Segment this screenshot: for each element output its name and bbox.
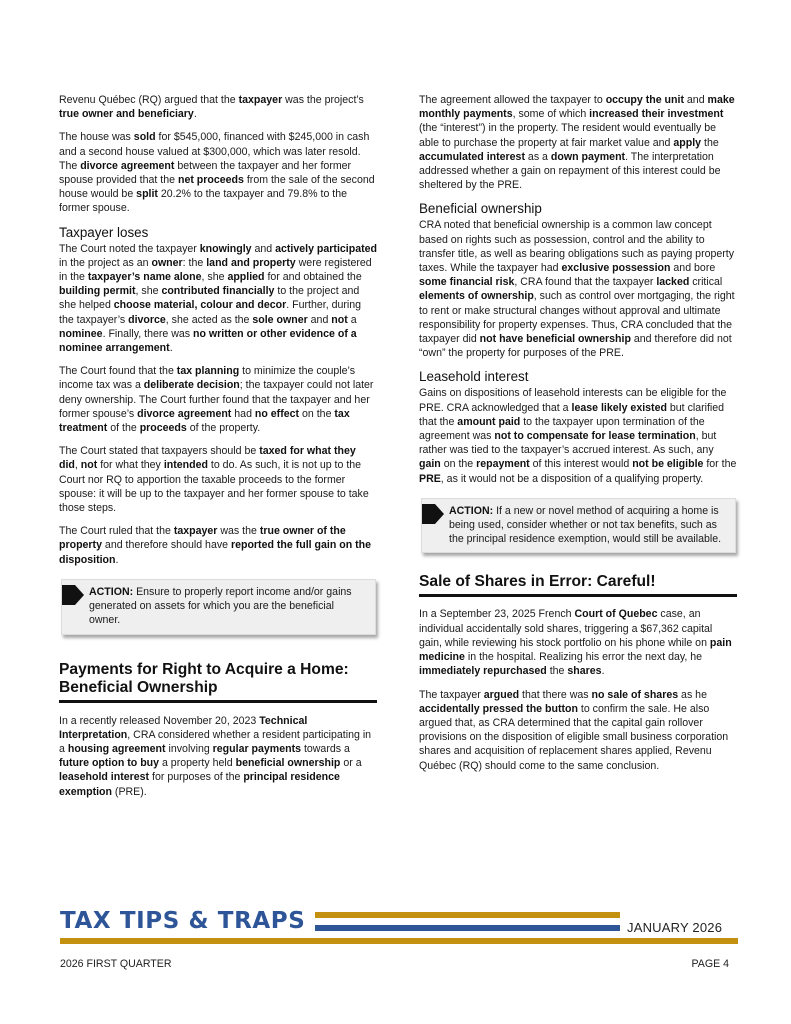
subheading-taxpayer-loses: Taxpayer loses xyxy=(59,225,377,241)
action-label: ACTION: xyxy=(89,586,133,598)
section-title-payments-right-to-acquire: Payments for Right to Acquire a Home: Be… xyxy=(59,661,377,703)
left-column: Revenu Québec (RQ) argued that the taxpa… xyxy=(59,93,377,808)
action-callout-report-income: ACTION: Ensure to properly report income… xyxy=(61,579,376,635)
paragraph-house-sale: The house was sold for $545,000, finance… xyxy=(59,130,377,215)
footer-blue-bar xyxy=(315,925,620,931)
page-number: PAGE 4 xyxy=(692,958,730,970)
paragraph-agreement-allowed: The agreement allowed the taxpayer to oc… xyxy=(419,93,737,192)
paragraph-taxpayer-argued: The taxpayer argued that there was no sa… xyxy=(419,688,737,773)
issue-quarter: 2026 FIRST QUARTER xyxy=(60,958,171,970)
paragraph-technical-interpretation: In a recently released November 20, 2023… xyxy=(59,714,377,799)
issue-date: JANUARY 2026 xyxy=(627,920,722,935)
footer-gold-bar-top xyxy=(315,912,620,918)
section-title-sale-of-shares: Sale of Shares in Error: Careful! xyxy=(419,573,737,597)
newsletter-title: TAX TIPS & TRAPS xyxy=(60,908,305,934)
paragraph-taxed-for-what-they-did: The Court stated that taxpayers should b… xyxy=(59,444,377,515)
paragraph-tax-planning: The Court found that the tax planning to… xyxy=(59,364,377,435)
paragraph-court-of-quebec-case: In a September 23, 2025 French Court of … xyxy=(419,607,737,678)
paragraph-rq-argument: Revenu Québec (RQ) argued that the taxpa… xyxy=(59,93,377,121)
action-label: ACTION: xyxy=(449,505,493,517)
subheading-leasehold-interest: Leasehold interest xyxy=(419,369,737,385)
paragraph-leasehold: Gains on dispositions of leasehold inter… xyxy=(419,386,737,485)
right-column: The agreement allowed the taxpayer to oc… xyxy=(419,93,737,782)
action-callout-novel-method: ACTION: If a new or novel method of acqu… xyxy=(421,498,736,554)
paragraph-cra-beneficial-ownership: CRA noted that beneficial ownership is a… xyxy=(419,218,737,360)
paragraph-court-ruled: The Court ruled that the taxpayer was th… xyxy=(59,524,377,567)
paragraph-court-noted: The Court noted the taxpayer knowingly a… xyxy=(59,242,377,356)
footer-gold-bar-full xyxy=(60,938,738,944)
subheading-beneficial-ownership: Beneficial ownership xyxy=(419,201,737,217)
